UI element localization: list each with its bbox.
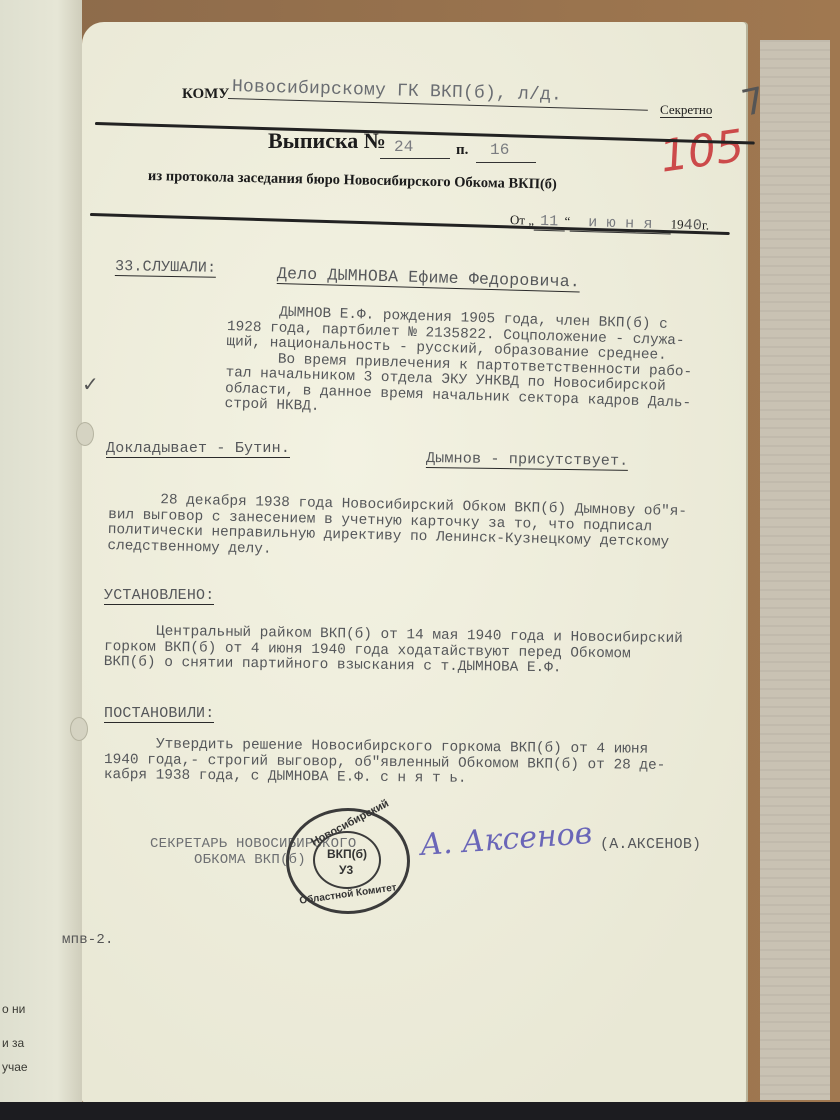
secretary-name: (А.АКСЕНОВ) (600, 836, 701, 853)
bottom-shadow (0, 1102, 840, 1120)
binding-hole (70, 717, 88, 741)
heard-paragraph: ДЫМНОВ Е.Ф. рождения 1905 года, член ВКП… (224, 304, 694, 427)
pencil-check-mark: ✓ (82, 372, 99, 396)
binding-hole (76, 422, 94, 446)
established-paragraph: Центральный райком ВКП(б) от 14 мая 1940… (104, 624, 683, 679)
seal-inner-ring: ВКП(б) У3 (313, 831, 381, 889)
typist-code: мпв-2. (62, 932, 114, 948)
item-number-underline (476, 162, 536, 163)
heard-label: 33.СЛУШАЛИ: (115, 258, 217, 278)
left-page-fragment: учае (2, 1060, 28, 1074)
extract-number-underline (380, 158, 450, 159)
seal-number: У3 (339, 863, 353, 877)
attendance-note: Дымнов - присутствует. (426, 450, 629, 471)
left-page-fragment: и за (2, 1036, 24, 1050)
background-paragraph: 28 декабря 1938 года Новосибирский Обком… (107, 492, 687, 567)
resolved-label: ПОСТАНОВИЛИ: (104, 705, 214, 723)
folder-cardboard (760, 40, 830, 1100)
established-label: УСТАНОВЛЕНО: (104, 587, 214, 605)
classification-label: Секретно (660, 102, 712, 118)
extract-title: Выписка № (268, 128, 386, 154)
resolved-paragraph: Утвердить решение Новосибирского горкома… (104, 737, 666, 789)
seal-center-text: ВКП(б) (327, 847, 367, 861)
to-label: КОМУ (182, 86, 229, 103)
item-label: п. (456, 142, 468, 159)
left-facing-page: о ни и за учае (0, 0, 82, 1120)
reported-by: Докладывает - Бутин. (106, 440, 290, 458)
official-seal: Новосибирский ВКП(б) У3 Областной Комите… (286, 808, 410, 914)
item-number: 16 (490, 141, 510, 159)
left-page-fragment: о ни (2, 1002, 25, 1016)
extract-number: 24 (394, 138, 414, 156)
